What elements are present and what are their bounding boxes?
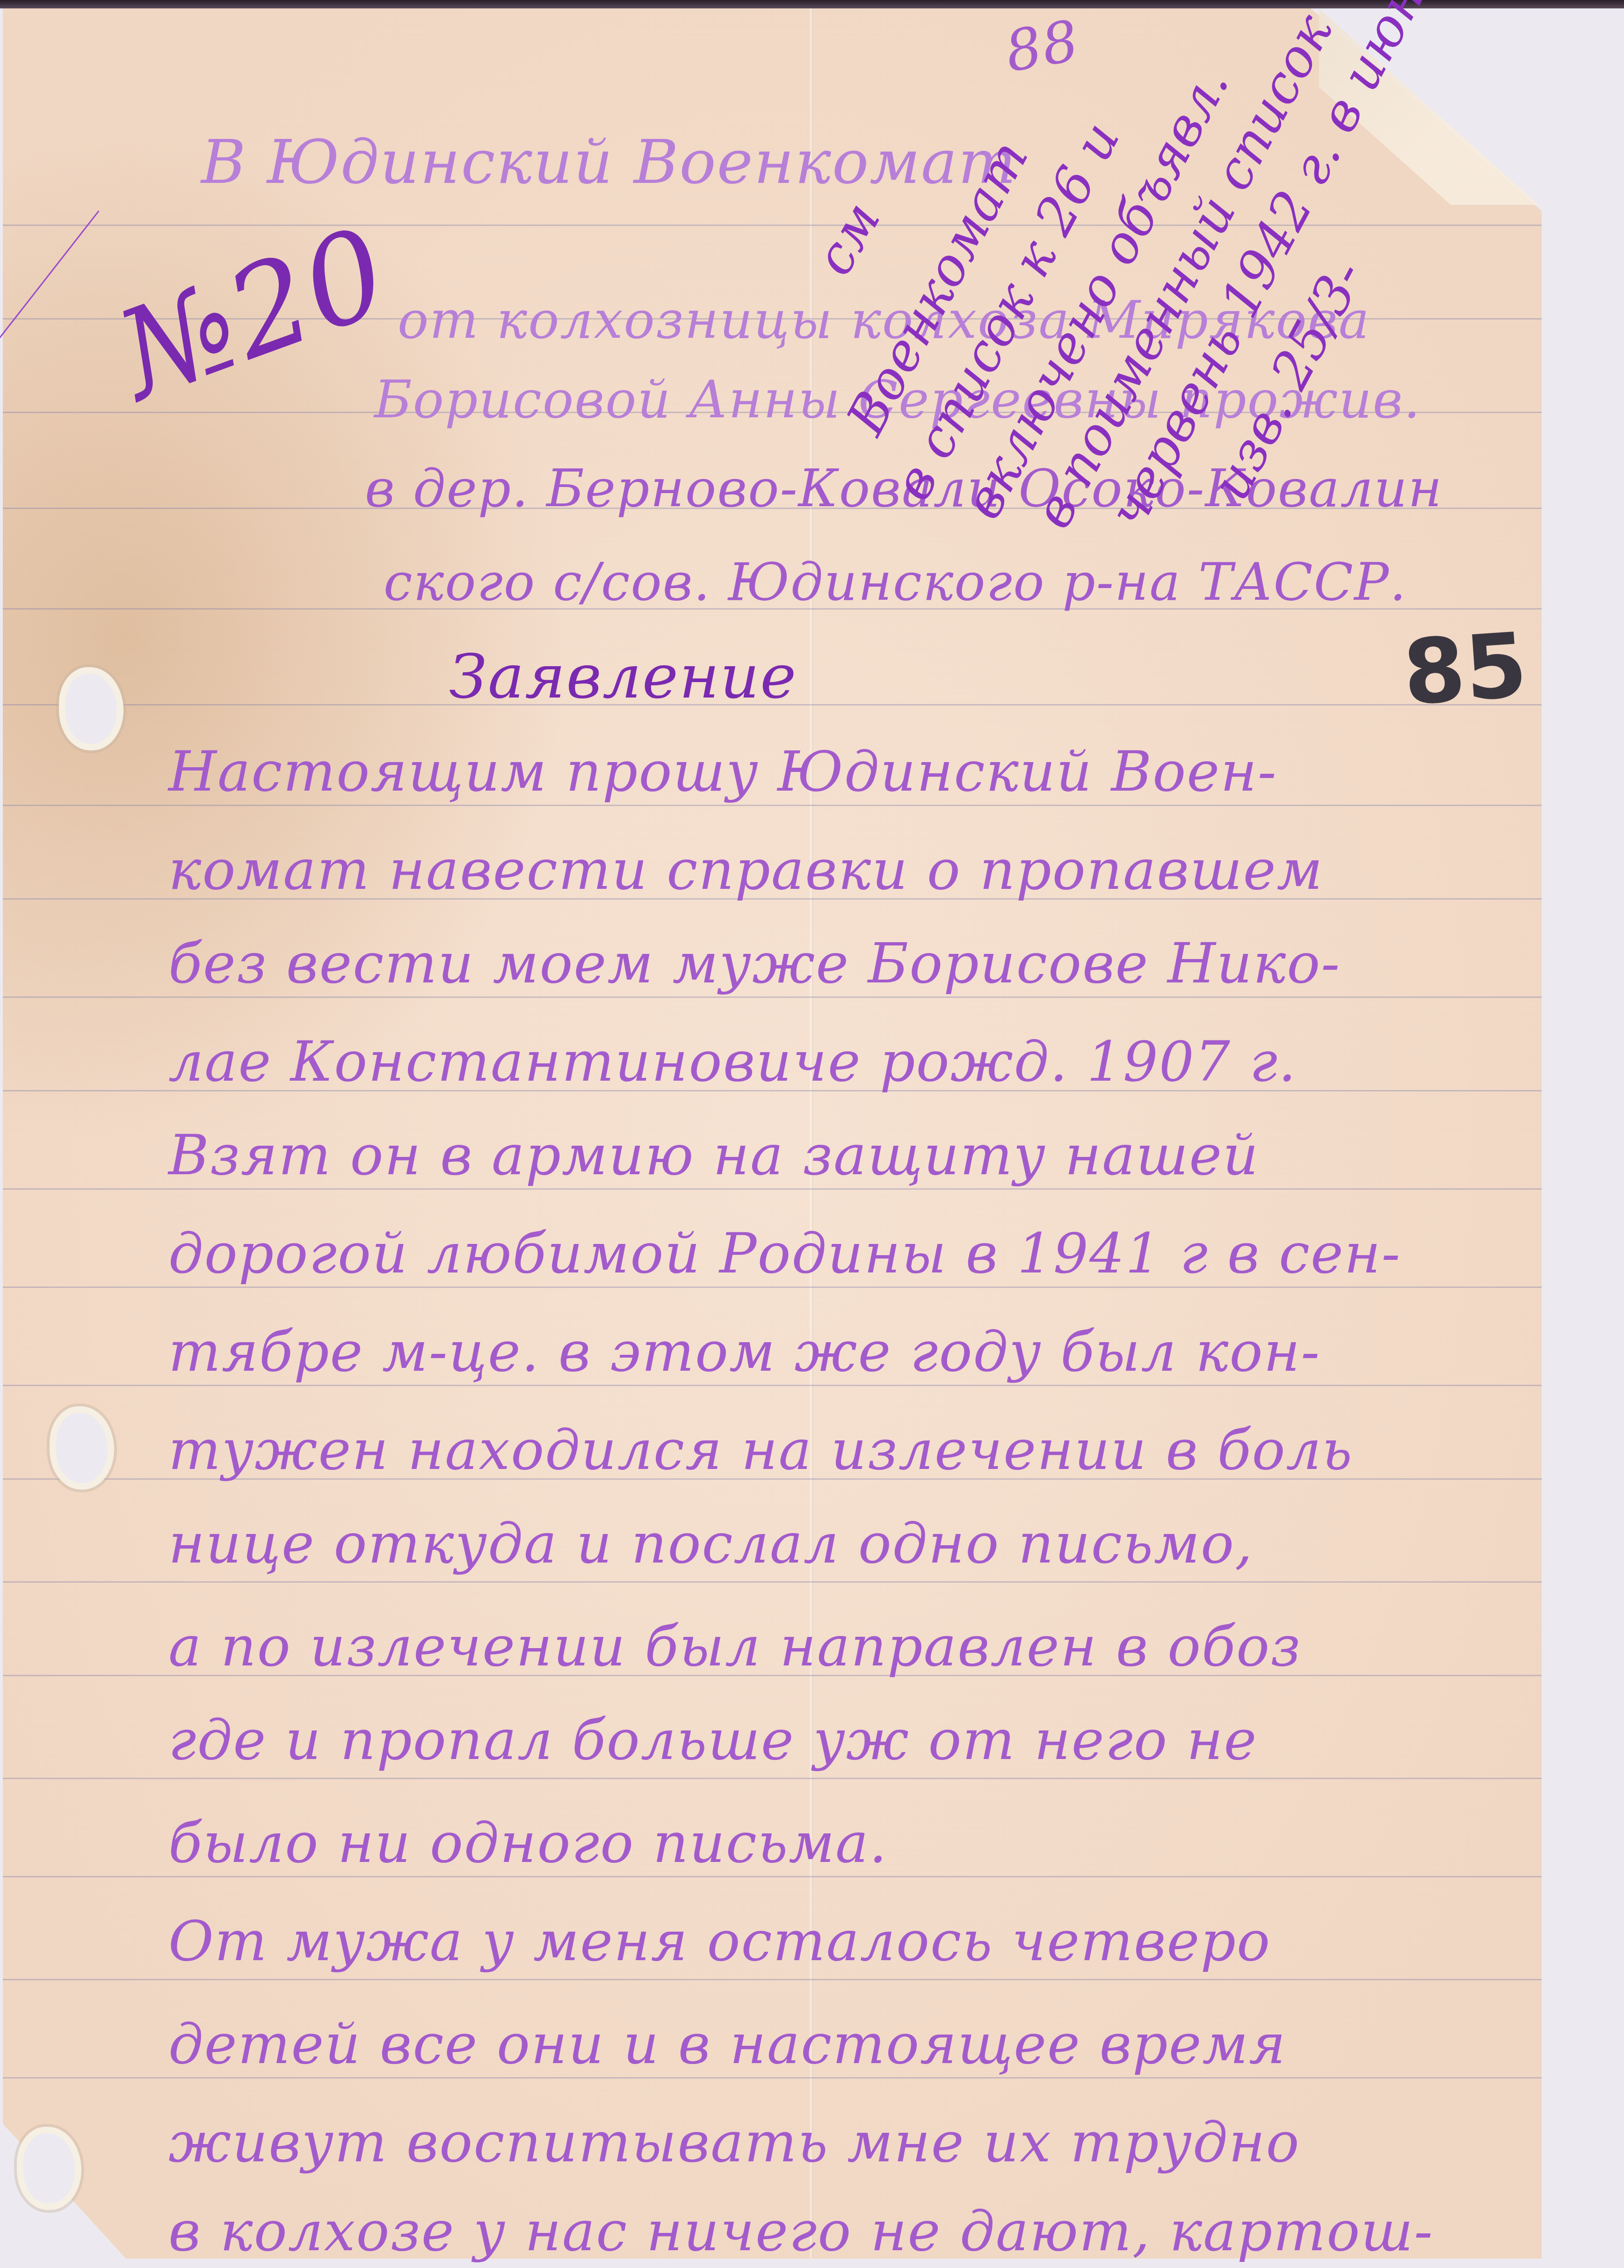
body-line: комат навести справки о пропавшем xyxy=(168,837,1323,902)
pencil-page-number: 85 xyxy=(1400,613,1530,725)
body-line: детей все они и в настоящее время xyxy=(168,2012,1286,2076)
sender-line: ского с/сов. Юдинского р-на ТАССР. xyxy=(384,552,1407,612)
ruled-line xyxy=(3,1188,1542,1190)
body-line: в колхозе у нас ничего не дают, картош- xyxy=(168,2199,1434,2263)
ruled-line xyxy=(3,996,1542,998)
ruled-line xyxy=(3,1287,1542,1288)
body-line: было ни одного письма. xyxy=(168,1810,888,1875)
ruled-line xyxy=(3,1385,1542,1386)
ruled-line xyxy=(3,1581,1542,1583)
body-line: тужен находился на излечении в боль xyxy=(168,1417,1353,1482)
ruled-line xyxy=(3,1979,1542,1980)
body-line: Настоящим прошу Юдинский Воен- xyxy=(168,739,1277,804)
ruled-line xyxy=(3,1778,1542,1779)
body-line: дорогой любимой Родины в 1941 г в сен- xyxy=(168,1221,1401,1286)
ruled-line xyxy=(3,805,1542,806)
document-title: Заявление xyxy=(449,641,797,712)
body-line: Взят он в армию на защиту нашей xyxy=(168,1123,1259,1187)
top-number: 88 xyxy=(1000,8,1084,85)
body-line: лае Константиновиче рожд. 1907 г. xyxy=(168,1029,1297,1094)
addressee: В Юдинский Военкомат xyxy=(201,126,1017,197)
body-line: где и пропал больше уж от него не xyxy=(168,1708,1257,1772)
body-line: живут воспитывать мне их трудно xyxy=(168,2110,1300,2174)
ruled-line xyxy=(3,1876,1542,1877)
body-line: От мужа у меня осталось четверо xyxy=(168,1909,1271,1973)
body-line: без вести моем муже Борисове Нико- xyxy=(168,931,1341,996)
body-line: а по излечении был направлен в обоз xyxy=(168,1614,1301,1679)
body-line: нице откуда и послал одно письмо, xyxy=(168,1511,1253,1576)
body-line: тябре м-це. в этом же году был кон- xyxy=(168,1319,1320,1384)
ruled-line xyxy=(3,2077,1542,2079)
